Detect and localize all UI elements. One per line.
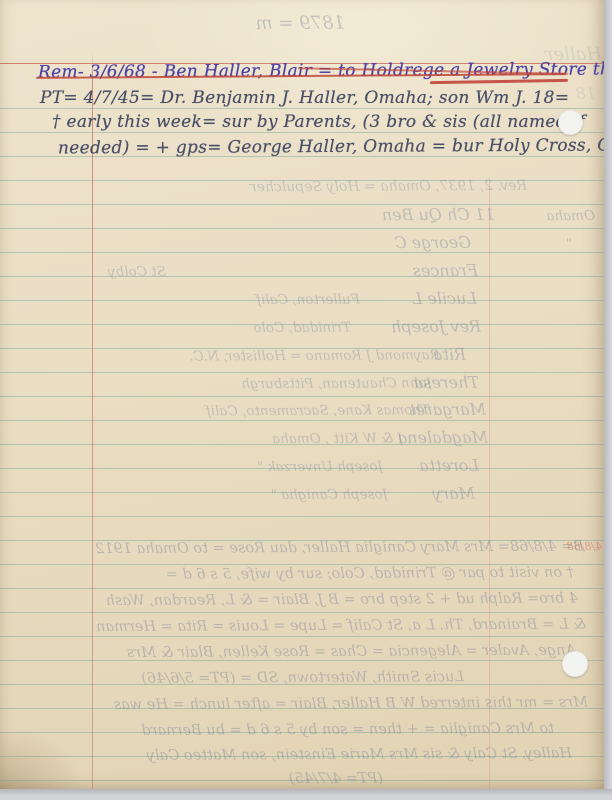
bleed-through-text: 11 Ch Qu Ben [360, 205, 495, 225]
entry-line-3: needed) = + gps= George Haller, Omaha = … [58, 135, 578, 160]
bleed-through-text: Omaha [543, 208, 595, 224]
bleed-through-text: Joseph Unverzak " [198, 459, 383, 476]
bleed-through-text: Lucis Smith, Watertown, SD = (PT= 5/6/46… [128, 669, 464, 687]
bleed-through-text: & L = Brainard, Th. L a, St Calif = Lupe… [38, 617, 586, 636]
punch-hole [558, 110, 583, 135]
bleed-through-text: George C [366, 233, 471, 253]
bleed-through-text: B= 4/8/68= Mrs Mary Caniglia Haller, dau… [38, 539, 584, 558]
bleed-through-text: Thomas Kane, Sacramento, Calif [118, 402, 430, 420]
bleed-through-text: John Chautenan, Pittsburgh [132, 375, 432, 393]
bleed-through-text: to Mrs Caniglia = + then = son by 5 s 6 … [54, 721, 554, 740]
scanner-background-right [604, 0, 612, 800]
bleed-through-text: Joseph Caniglia " [203, 487, 388, 504]
bleed-through-text: Raymond J Romano = Hollister, N.C. [148, 347, 440, 365]
bleed-through-text: Fullerton, Calif [190, 292, 360, 309]
bleed-through-text: Frances [366, 261, 478, 281]
bleed-through-text: 4 bro= Ralph ud + 2 step bro = B J, Blai… [46, 591, 578, 610]
notebook-paper: 1879 = m Haller 18 Rev. 2, 1937, Omaha =… [0, 0, 604, 789]
bleed-through-text: Ange, Avaler = Alegencia = Chas = Rose K… [44, 643, 576, 662]
bleed-through-text: St Colby [66, 264, 166, 281]
bleed-through-text: J & W Kitt , Omaha [178, 430, 403, 447]
scanned-page: 1879 = m Haller 18 Rev. 2, 1937, Omaha =… [0, 0, 612, 800]
bleed-through-text: Mrs = mr this interred W B Haller, Blair… [36, 695, 588, 714]
punch-hole [562, 651, 588, 677]
bleed-through-text: (PT= 4/7/45) [198, 771, 383, 788]
entry-line-2: † early this week= sur by Parents, (3 br… [52, 111, 580, 133]
bleed-through-text: Halley, St Caly & sis Mrs Marie Einstein… [40, 746, 572, 765]
bleed-through-text: Rev Joseph [363, 317, 481, 337]
scanner-background-bottom [0, 789, 612, 800]
entry-line-1: PT= 4/7/45= Dr. Benjamin J. Haller, Omah… [40, 87, 580, 109]
bleed-through-text: " [556, 236, 572, 252]
bleed-through-text: Lucile L [369, 289, 477, 309]
bleed-through-list-header: Rev. 2, 1937, Omaha = Holy Sepulcher [95, 178, 527, 196]
bleed-through-text: Trinidad, Colo [183, 320, 351, 337]
bleed-through-year-note: 1879 = m [195, 13, 345, 35]
bleed-through-text: † on visit to par @ Trinidad, Colo; sur … [54, 565, 574, 584]
red-margin-line [92, 52, 93, 790]
